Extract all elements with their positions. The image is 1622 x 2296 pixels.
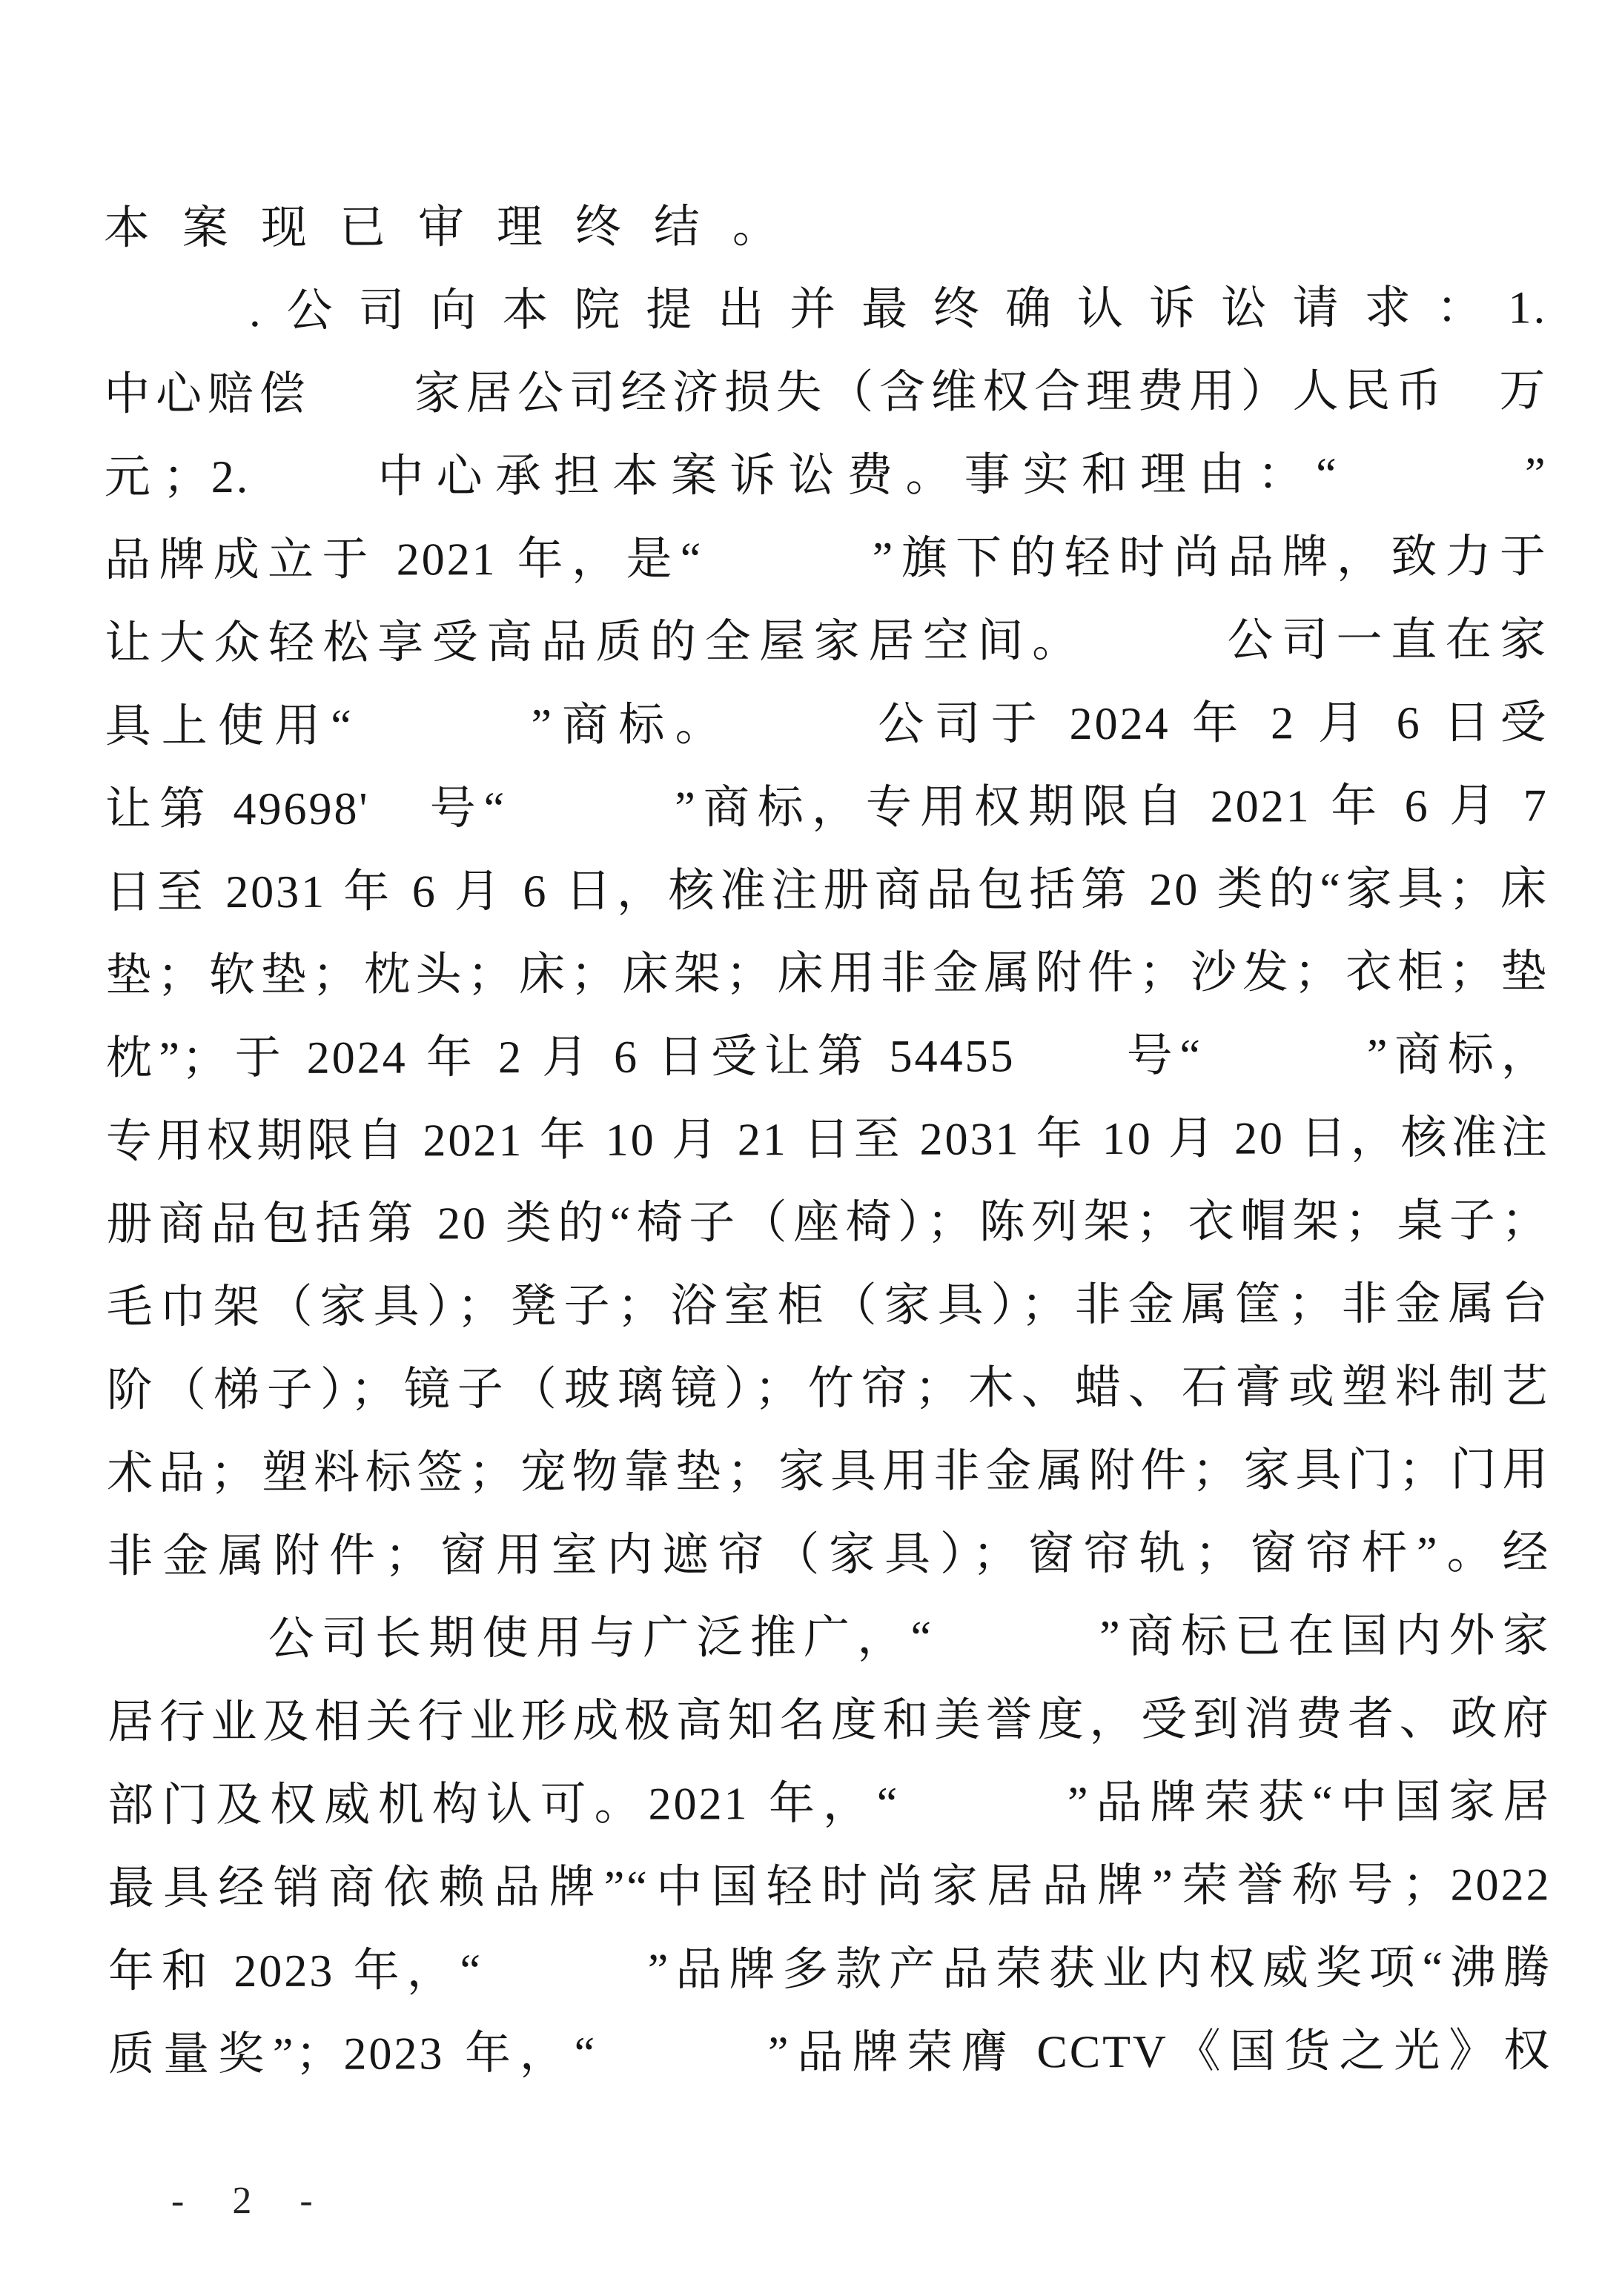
text-line: 居行业及相关行业形成极高知名度和美誉度，受到消费者、政府 <box>107 1677 1551 1764</box>
text-line: 最具经销商依赖品牌”“中国轻时尚家居品牌”荣誉称号；2022 <box>107 1843 1551 1930</box>
text-line: 让大众轻松享受高品质的全屋家居空间。 公司一直在家 <box>105 598 1548 685</box>
text-line: 毛巾架（家具）；凳子；浴室柜（家具）；非金属筐；非金属台 <box>106 1262 1549 1349</box>
text-line: 具上使用“ ”商标。 公司于 2024 年 2 月 6 日受 <box>105 681 1548 768</box>
text-line: 垫；软垫；枕头；床；床架；床用非金属附件；沙发；衣柜；垫 <box>105 930 1549 1017</box>
document-body: 本案现已审理终结。 .公司向本院提出并最终确认诉讼请求：1. 中心赔偿 家居公司… <box>104 183 1552 2096</box>
text-line: 元；2. 中心承担本案诉讼费。事实和理由：“ ” <box>105 432 1548 519</box>
text-line: .公司向本院提出并最终确认诉讼请求：1. <box>104 266 1547 353</box>
text-line: 中心赔偿 家居公司经济损失（含维权合理费用）人民币 万 <box>104 349 1547 436</box>
text-line: 日至 2031 年 6 月 6 日，核准注册商品包括第 20 类的“家具；床 <box>105 847 1549 934</box>
text-line: 阶（梯子）；镜子（玻璃镜）；竹帘；木、蜡、石膏或塑料制艺 <box>107 1345 1550 1432</box>
document-page: 本案现已审理终结。 .公司向本院提出并最终确认诉讼请求：1. 中心赔偿 家居公司… <box>0 0 1622 2296</box>
text-line: 专用权期限自 2021 年 10 月 21 日至 2031 年 10 月 20 … <box>106 1096 1549 1183</box>
text-line: 年和 2023 年，“ ”品牌多款产品荣获业内权威奖项“沸腾 <box>108 1926 1552 2013</box>
text-line: 枕”；于 2024 年 2 月 6 日受让第 54455 号“ ”商标， <box>106 1013 1549 1100</box>
text-line: 册商品包括第 20 类的“椅子（座椅）；陈列架；衣帽架；桌子； <box>106 1179 1549 1266</box>
text-line: 质量奖”；2023 年，“ ”品牌荣膺 CCTV《国货之光》权 <box>108 2009 1552 2096</box>
text-line: 让第 49698' 号“ ”商标，专用权期限自 2021 年 6 月 7 <box>105 764 1549 851</box>
text-line: 非金属附件；窗用室内遮帘（家具）；窗帘轨；窗帘杆”。经 <box>107 1511 1550 1598</box>
text-line: 部门及权威机构认可。2021 年，“ ”品牌荣获“中国家居 <box>107 1760 1551 1847</box>
text-line: 本案现已审理终结。 <box>104 183 1547 270</box>
text-line: 公司长期使用与广泛推广，“ ”商标已在国内外家 <box>107 1594 1551 1681</box>
text-line: 术品；塑料标签；宠物靠垫；家具用非金属附件；家具门；门用 <box>107 1428 1550 1515</box>
text-line: 品牌成立于 2021 年，是“ ”旗下的轻时尚品牌，致力于 <box>105 515 1548 602</box>
page-number: - 2 - <box>171 2171 332 2232</box>
